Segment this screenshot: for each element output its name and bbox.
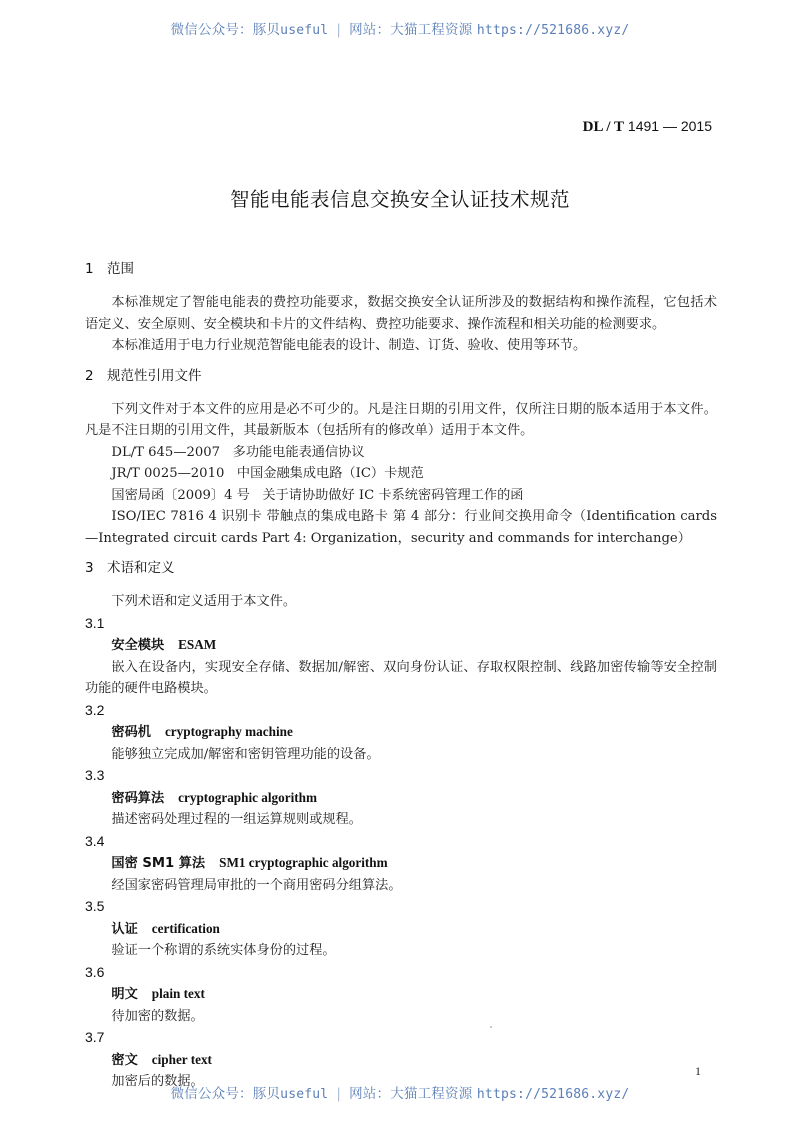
section-heading-scope: 1范围 <box>85 258 717 280</box>
term-zh: 密码算法 <box>111 791 164 806</box>
term-definition: 经国家密码管理局审批的一个商用密码分组算法。 <box>85 875 717 897</box>
standard-prefix: DL / T <box>583 119 624 135</box>
term-en: plain text <box>152 986 205 1001</box>
section-number: 2 <box>85 365 107 387</box>
page-number: 1 <box>695 1064 701 1079</box>
term-en: cipher text <box>152 1052 212 1067</box>
watermark-site-url[interactable]: https://521686.xyz/ <box>477 23 630 38</box>
term-number: 3.7 <box>85 1027 717 1049</box>
term-zh: 密文 <box>111 1053 137 1068</box>
term-definition: 嵌入在设备内，实现安全存储、数据加/解密、双向身份认证、存取权限控制、线路加密传… <box>85 657 717 700</box>
watermark-site-label: 网站：大猫工程资源 <box>349 1086 472 1102</box>
scan-speck <box>222 952 224 954</box>
reference-item: JR/T 0025—2010 中国金融集成电路（IC）卡规范 <box>85 463 717 485</box>
document-body: 1范围 本标准规定了智能电能表的费控功能要求，数据交换安全认证所涉及的数据结构和… <box>85 258 717 1093</box>
paragraph: 本标准适用于电力行业规范智能电能表的设计、制造、订货、验收、使用等环节。 <box>85 335 717 357</box>
watermark-site-url[interactable]: https://521686.xyz/ <box>477 1087 630 1102</box>
reference-item: DL/T 645—2007 多功能电能表通信协议 <box>85 442 717 464</box>
term-zh: 认证 <box>111 922 137 937</box>
watermark-bottom: 微信公众号：豚贝useful|网站：大猫工程资源 https://521686.… <box>0 1082 800 1102</box>
watermark-top: 微信公众号：豚贝useful|网站：大猫工程资源 https://521686.… <box>0 18 800 38</box>
term-number: 3.2 <box>85 700 717 722</box>
term-name: 明文plain text <box>85 983 717 1006</box>
term-zh: 国密 SM1 算法 <box>111 856 205 871</box>
term-en: cryptographic algorithm <box>178 790 317 805</box>
term-number: 3.6 <box>85 962 717 984</box>
section-number: 1 <box>85 258 107 280</box>
term-zh: 明文 <box>111 987 137 1002</box>
section-heading-terms-definitions: 3术语和定义 <box>85 557 717 579</box>
term-number: 3.3 <box>85 765 717 787</box>
watermark-wechat-handle: useful <box>280 23 328 38</box>
term-number: 3.4 <box>85 831 717 853</box>
watermark-separator: | <box>336 1086 341 1102</box>
watermark-wechat-handle: useful <box>280 1087 328 1102</box>
watermark-separator: | <box>336 22 341 38</box>
term-en: cryptography machine <box>165 724 293 739</box>
term-name: 国密 SM1 算法SM1 cryptographic algorithm <box>85 852 717 875</box>
term-en: certification <box>152 921 220 936</box>
term-zh: 密码机 <box>111 725 151 740</box>
term-name: 密码算法cryptographic algorithm <box>85 787 717 810</box>
term-zh: 安全模块 <box>111 638 164 653</box>
term-name: 密码机cryptography machine <box>85 721 717 744</box>
term-name: 安全模块ESAM <box>85 634 717 657</box>
section-title: 规范性引用文件 <box>107 368 202 384</box>
paragraph: 下列文件对于本文件的应用是必不可少的。凡是注日期的引用文件，仅所注日期的版本适用… <box>85 399 717 442</box>
section-title: 术语和定义 <box>107 560 175 576</box>
section-number: 3 <box>85 557 107 579</box>
term-en: ESAM <box>178 637 216 652</box>
term-definition: 待加密的数据。 <box>85 1006 717 1028</box>
term-name: 密文cipher text <box>85 1049 717 1072</box>
term-definition: 验证一个称谓的系统实体身份的过程。 <box>85 940 717 962</box>
watermark-wechat-label: 微信公众号：豚贝 <box>171 1086 281 1102</box>
term-name: 认证certification <box>85 918 717 941</box>
section-title: 范围 <box>107 261 134 277</box>
scan-speck <box>490 1026 492 1028</box>
standard-number: 1491 — 2015 <box>628 118 712 134</box>
term-number: 3.5 <box>85 896 717 918</box>
section-heading-normative-references: 2规范性引用文件 <box>85 365 717 387</box>
reference-item: ISO/IEC 7816 4 识别卡 带触点的集成电路卡 第 4 部分：行业间交… <box>85 506 717 549</box>
term-en: SM1 cryptographic algorithm <box>219 855 388 870</box>
paragraph: 下列术语和定义适用于本文件。 <box>85 591 717 613</box>
term-definition: 能够独立完成加/解密和密钥管理功能的设备。 <box>85 744 717 766</box>
reference-item: 国密局函〔2009〕4 号 关于请协助做好 IC 卡系统密码管理工作的函 <box>85 485 717 507</box>
term-number: 3.1 <box>85 613 717 635</box>
document-title: 智能电能表信息交换安全认证技术规范 <box>0 184 800 212</box>
watermark-site-label: 网站：大猫工程资源 <box>349 22 472 38</box>
watermark-wechat-label: 微信公众号：豚贝 <box>171 22 281 38</box>
paragraph: 本标准规定了智能电能表的费控功能要求，数据交换安全认证所涉及的数据结构和操作流程… <box>85 292 717 335</box>
standard-code: DL / T 1491 — 2015 <box>583 118 712 136</box>
term-definition: 描述密码处理过程的一组运算规则或规程。 <box>85 809 717 831</box>
